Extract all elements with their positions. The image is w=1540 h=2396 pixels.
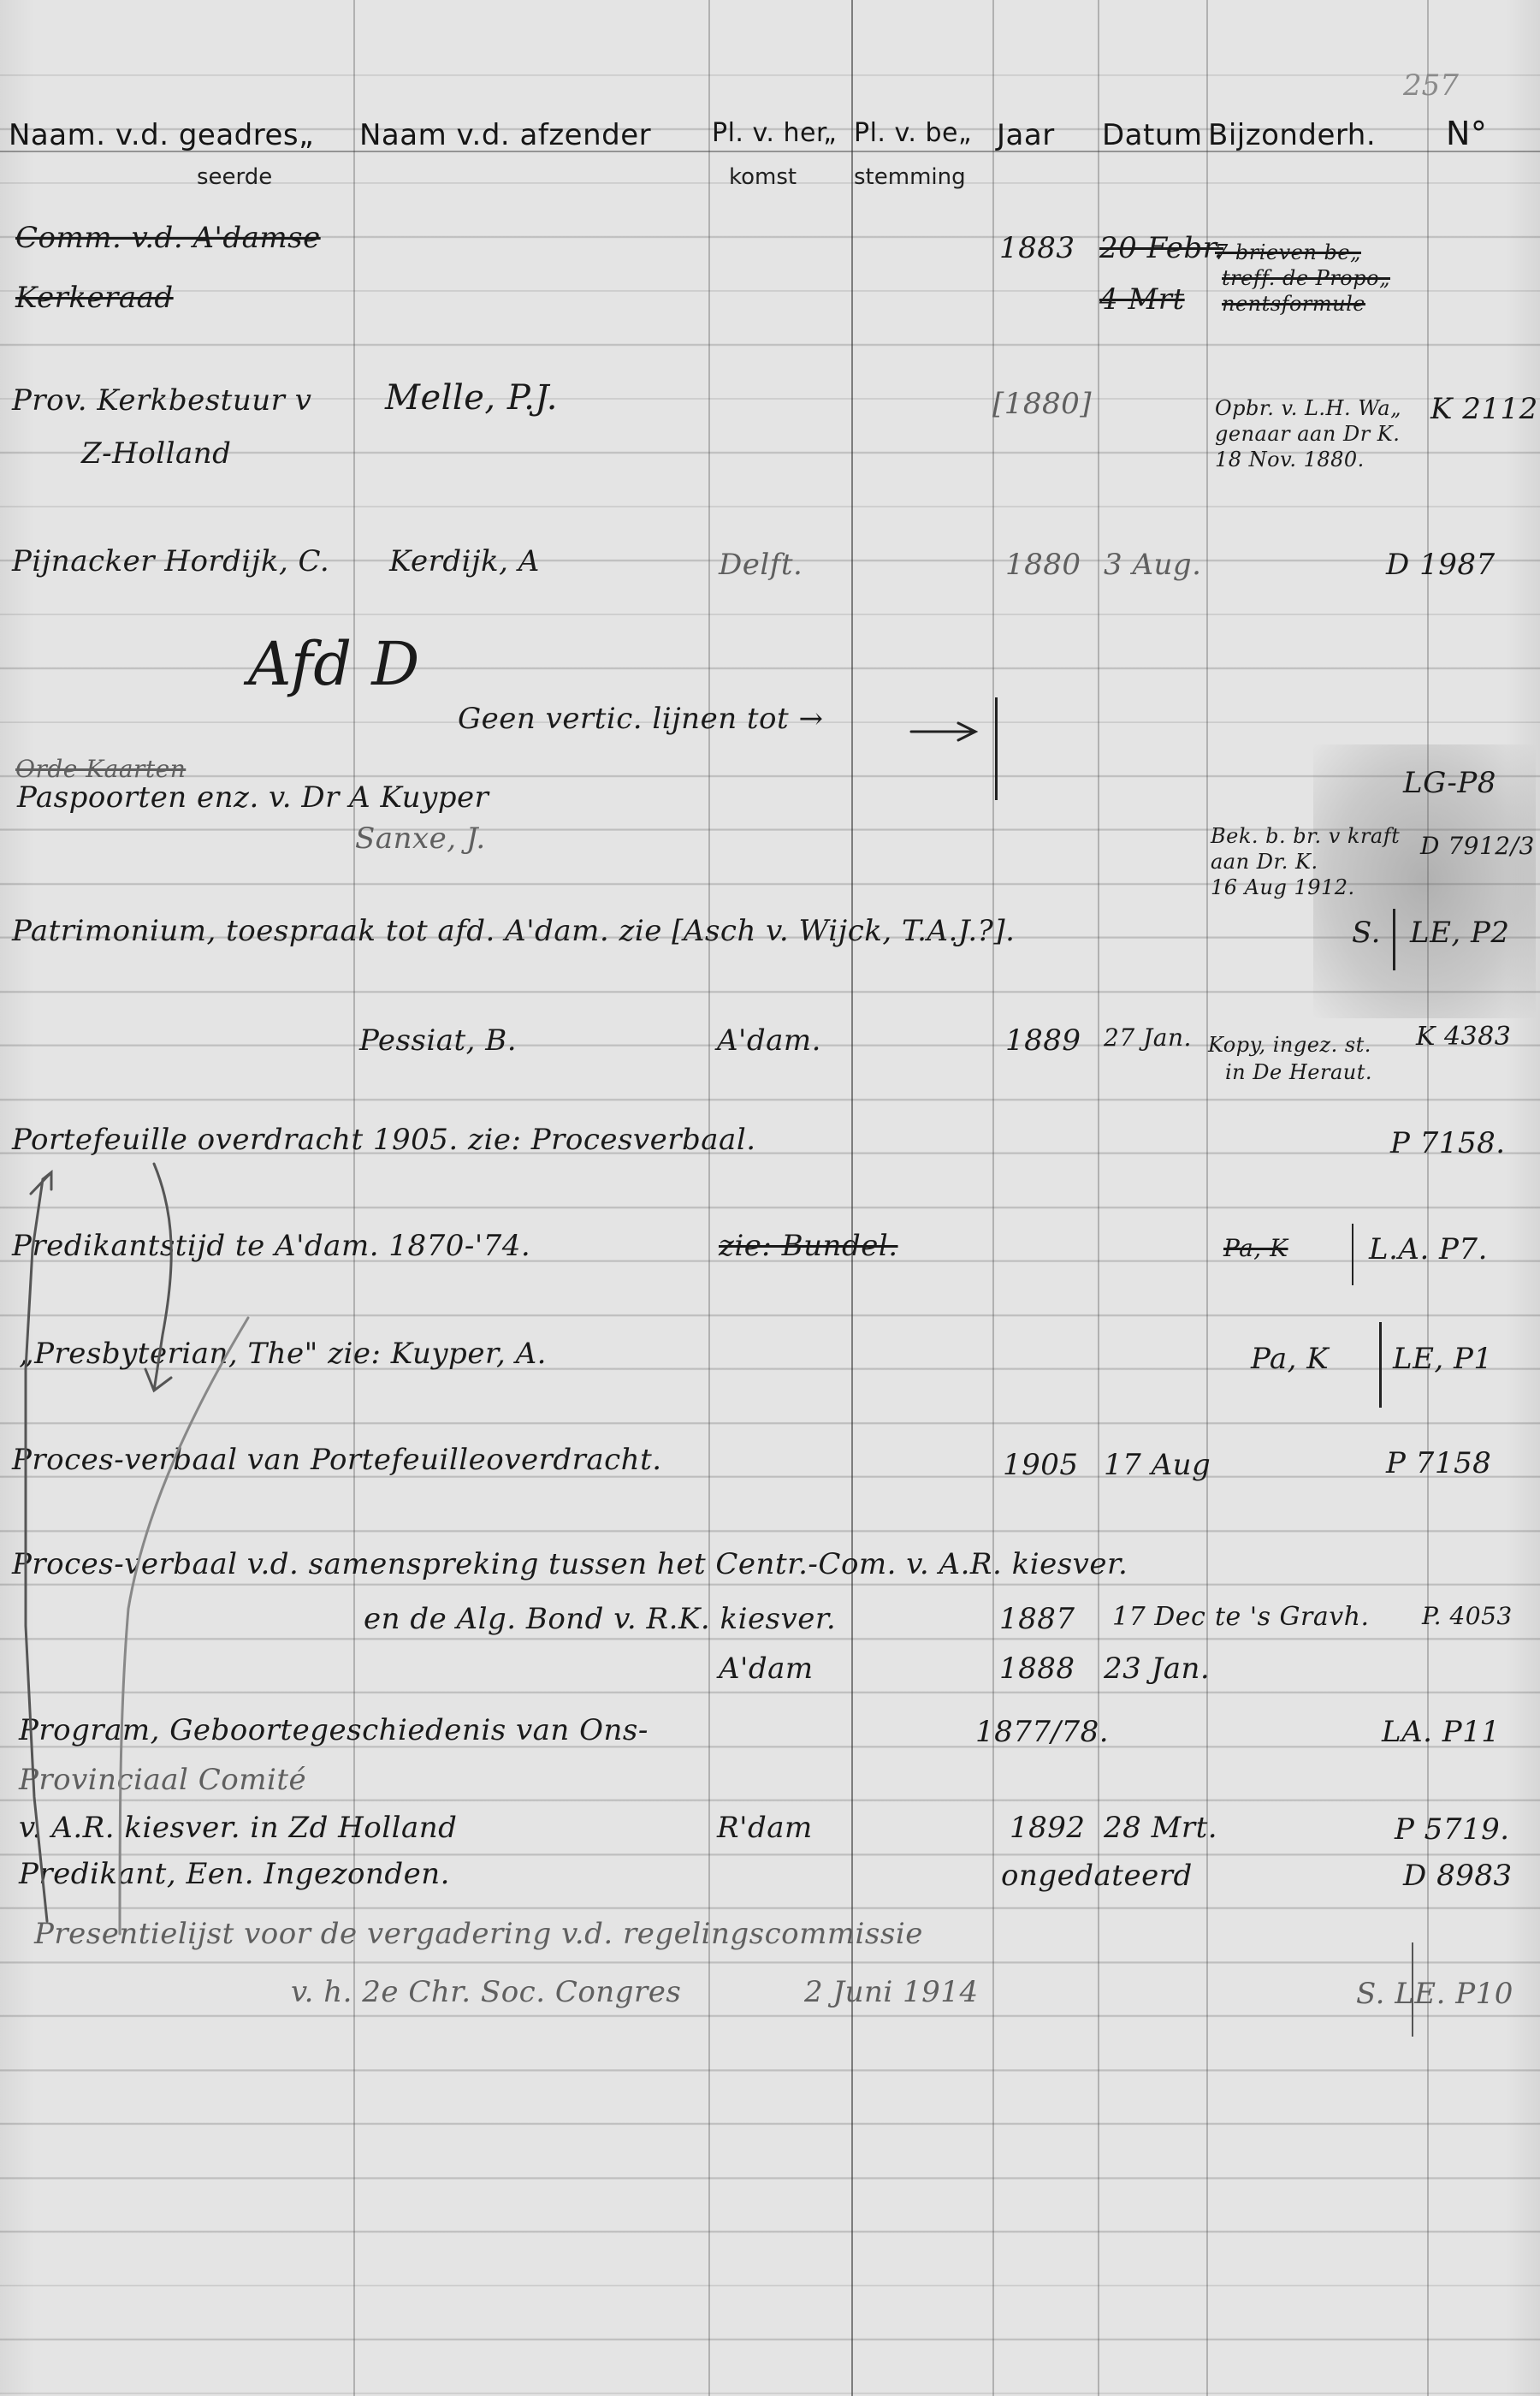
struck-word: Orde Kaarten [15,755,186,783]
index-card-paper [0,0,1540,2396]
entry-text: Portefeuille overdracht 1905. zie: Proce… [12,1123,756,1157]
addressee: Comm. v.d. A'damse [15,221,321,255]
sender: Kerdijk, A [389,544,540,578]
origin: A'dam. [717,1023,821,1058]
date: 20 Febr. [1099,231,1223,265]
column-header-destination: Pl. v. be„ [854,118,972,148]
particulars: 18 Nov. 1880. [1215,447,1365,472]
section-title: Afd D [248,629,420,699]
year: 1905 [1003,1448,1079,1482]
column-rule [1098,0,1099,2396]
addressee: Kerkeraad [15,281,174,315]
particulars: Opbr. v. L.H. Wa„ [1215,395,1401,421]
vertical-bracket [995,697,998,800]
divider-stroke [1393,909,1395,970]
column-rule [1206,0,1208,2396]
record-number: LA. P11 [1382,1715,1500,1749]
entry-text: Proces-verbaal v.d. samenspreking tussen… [12,1547,1128,1581]
column-header-year: Jaar [997,118,1055,152]
column-rule [851,0,853,2396]
particulars: aan Dr. K. [1211,849,1318,875]
record-number-top: LG-P8 [1403,766,1496,800]
entry-text: Patrimonium, toespraak tot afd. A'dam. z… [12,914,1015,948]
record-number: L.A. P7. [1369,1232,1488,1266]
column-rule [353,0,355,2396]
entry-text: Provinciaal Comité [19,1763,306,1797]
entry-text: Proces-verbaal van Portefeuilleoverdrach… [12,1443,662,1477]
column-header-particulars: Bijzonderh. [1208,118,1376,152]
record-number: K 2112 [1430,392,1538,426]
entry-text: v. A.R. kiesver. in Zd Holland [19,1811,457,1845]
entry-text: v. h. 2e Chr. Soc. Congres [291,1975,681,2009]
particulars: treff. de Propo„ [1222,265,1390,291]
record-number: LE, P2 [1410,916,1510,950]
year: 1887 [999,1602,1075,1636]
record-number: P. 4053 [1422,1602,1513,1630]
particulars: genaar aan Dr K. [1215,421,1400,447]
column-header-addressee: Naam. v.d. geadres„ [9,118,314,152]
record-number: D 8983 [1403,1859,1513,1893]
entry-text: Predikantstijd te A'dam. 1870-'74. [12,1229,530,1263]
origin: A'dam [719,1652,814,1686]
particulars: 7 brieven be„ [1215,240,1361,265]
record-number: K 4383 [1416,1022,1511,1052]
entry-text: en de Alg. Bond v. R.K. kiesver. [364,1602,836,1636]
year: 1888 [999,1652,1075,1686]
year: [1880] [992,387,1092,421]
page-number: 257 [1403,68,1459,103]
column-rule [992,0,994,2396]
record-prefix-struck: Pa, K [1223,1234,1288,1262]
column-header-sender: Naam v.d. afzender [359,118,651,152]
date: 3 Aug. [1104,548,1201,582]
column-rule [708,0,710,2396]
year: 1892 [1010,1811,1086,1845]
record-number: P 7158 [1386,1446,1491,1480]
entry-text: Program, Geboortegeschiedenis van Ons- [19,1713,649,1747]
record-prefix: S. [1352,916,1381,950]
section-note: Geen vertic. lijnen tot → [458,702,824,736]
year: ongedateerd [1001,1859,1193,1893]
column-header-addressee-sub: seerde [197,164,272,190]
addressee: Paspoorten enz. v. Dr A Kuyper [17,780,489,815]
entry-text: Predikant, Een. Ingezonden. [19,1857,450,1891]
year: 1889 [1005,1023,1081,1058]
date: 17 Dec [1112,1602,1205,1632]
particulars: 16 Aug 1912. [1211,875,1355,900]
record-prefix: Pa, K [1251,1342,1329,1376]
origin: R'dam [717,1811,813,1845]
entry-text: Presentielijst voor de vergadering v.d. … [34,1917,923,1951]
particulars: te 's Gravh. [1215,1602,1370,1632]
record-number: D 1987 [1386,548,1496,582]
sender: Sanxe, J. [355,821,486,856]
year: 1883 [999,231,1075,265]
origin: Delft. [719,548,803,582]
date: 23 Jan. [1104,1652,1210,1686]
column-header-destination-sub: stemming [854,164,966,190]
record-number: S. LE. P10 [1356,1977,1513,2011]
column-header-number: N° [1446,115,1487,152]
year: 1877/78. [975,1715,1109,1749]
year: 1880 [1005,548,1081,582]
column-header-date: Datum [1102,118,1203,152]
divider-stroke [1379,1322,1382,1408]
record-number: D 7912/3 [1420,832,1535,860]
record-number: LE, P1 [1393,1342,1493,1376]
entry-text-struck: zie: Bundel. [719,1229,898,1263]
addressee: Pijnacker Hordijk, C. [12,544,329,578]
date: 27 Jan. [1104,1023,1192,1052]
sender: Melle, P.J. [385,378,558,418]
addressee: Prov. Kerkbestuur v [12,383,311,418]
date: 17 Aug [1104,1448,1211,1482]
date: 4 Mrt [1099,282,1185,317]
date: 28 Mrt. [1104,1811,1217,1845]
addressee: Z-Holland [81,436,231,471]
divider-stroke [1352,1224,1353,1285]
record-number: P 7158. [1390,1126,1506,1160]
particulars: in De Heraut. [1225,1059,1372,1085]
column-header-origin: Pl. v. her„ [712,118,837,148]
column-rule [1427,0,1429,2396]
particulars: Bek. b. br. v kraft [1211,823,1400,849]
particulars: nentsformule [1222,291,1365,317]
entry-text: „Presbyterian, The" zie: Kuyper, A. [19,1337,547,1371]
date: 2 Juni 1914 [804,1975,979,2009]
column-header-origin-sub: komst [729,164,797,190]
record-number: P 5719. [1395,1812,1510,1847]
sender: Pessiat, B. [359,1023,517,1058]
particulars: Kopy, ingez. st. [1208,1032,1371,1058]
